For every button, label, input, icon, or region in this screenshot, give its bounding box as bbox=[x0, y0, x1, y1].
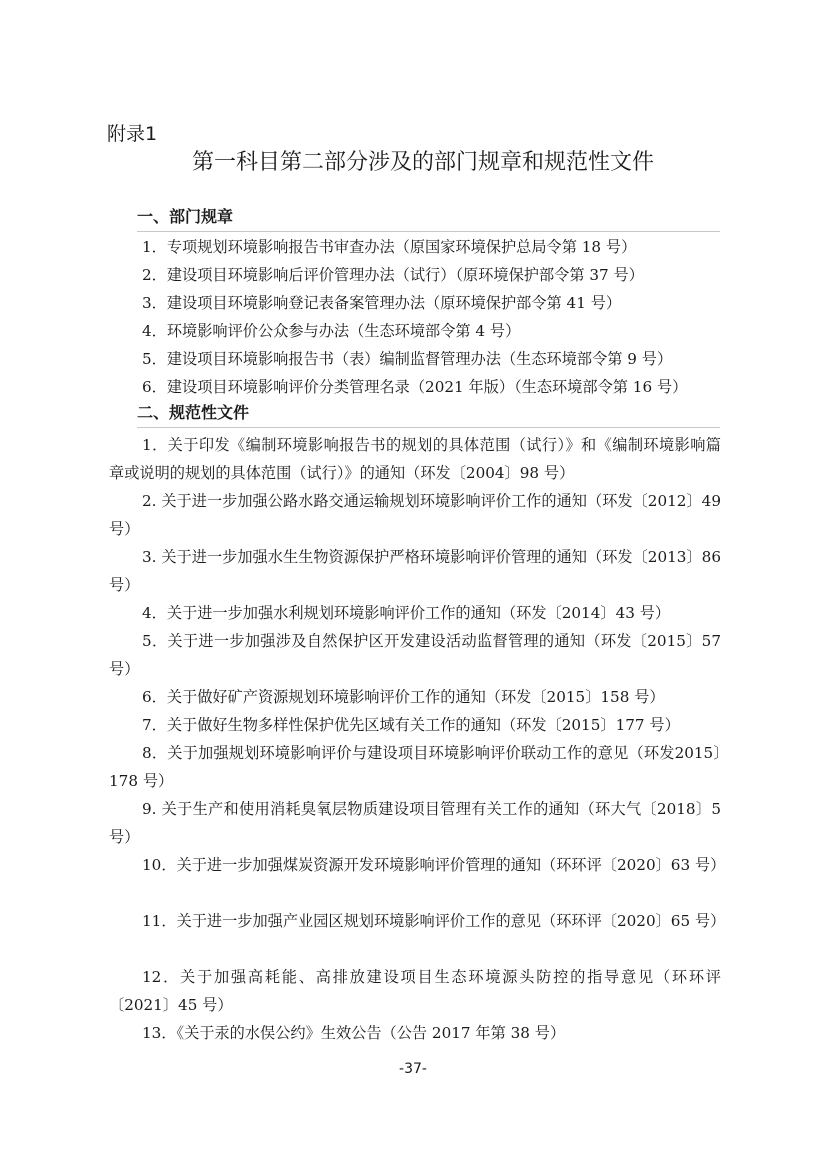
list-item: 2. 关于进一步加强公路水路交通运输规划环境影响评价工作的通知（环发〔2012〕… bbox=[109, 487, 721, 544]
list-item: 6．关于做好矿产资源规划环境影响评价工作的通知（环发〔2015〕158 号） bbox=[109, 683, 721, 711]
list-item: 5．建设项目环境影响报告书（表）编制监督管理办法（生态环境部令第 9 号） bbox=[142, 348, 672, 370]
list-item: 10．关于进一步加强煤炭资源开发环境影响评价管理的通知（环环评〔2020〕63 … bbox=[109, 851, 721, 879]
list-item: 3．建设项目环境影响登记表备案管理办法（原环境保护部令第 41 号） bbox=[142, 292, 621, 314]
list-item: 3. 关于进一步加强水生生物资源保护严格环境影响评价管理的通知（环发〔2013〕… bbox=[109, 543, 721, 600]
list-item: 1．关于印发《编制环境影响报告书的规划的具体范围（试行）》和《编制环境影响篇章或… bbox=[109, 431, 721, 488]
list-item: 11．关于进一步加强产业园区规划环境影响评价工作的意见（环环评〔2020〕65 … bbox=[109, 907, 721, 935]
list-item: 13．《关于汞的水俣公约》生效公告（公告 2017 年第 38 号） bbox=[109, 1019, 721, 1047]
list-item: 1．专项规划环境影响报告书审查办法（原国家环境保护总局令第 18 号） bbox=[142, 236, 636, 258]
list-item: 8．关于加强规划环境影响评价与建设项目环境影响评价联动工作的意见（环发2015〕… bbox=[109, 739, 721, 796]
list-item: 4．关于进一步加强水利规划环境影响评价工作的通知（环发〔2014〕43 号） bbox=[109, 599, 721, 627]
list-item: 7．关于做好生物多样性保护优先区域有关工作的通知（环发〔2015〕177 号） bbox=[109, 711, 721, 739]
section-heading-regulations: 一、部门规章 bbox=[137, 206, 720, 232]
appendix-label: 附录1 bbox=[107, 121, 157, 147]
list-item: 4．环境影响评价公众参与办法（生态环境部令第 4 号） bbox=[142, 320, 520, 342]
list-item: 2．建设项目环境影响后评价管理办法（试行）（原环境保护部令第 37 号） bbox=[142, 264, 644, 286]
list-item: 12．关于加强高耗能、高排放建设项目生态环境源头防控的指导意见（环环评〔2021… bbox=[109, 963, 721, 1020]
section-heading-normative-documents: 二、规范性文件 bbox=[137, 402, 720, 428]
list-item: 5．关于进一步加强涉及自然保护区开发建设活动监督管理的通知（环发〔2015〕57… bbox=[109, 627, 721, 684]
document-page: 附录1 第一科目第二部分涉及的部门规章和规范性文件 一、部门规章 1．专项规划环… bbox=[0, 0, 826, 1169]
list-item: 6．建设项目环境影响评价分类管理名录（2021 年版）（生态环境部令第 16 号… bbox=[142, 376, 687, 398]
page-title: 第一科目第二部分涉及的部门规章和规范性文件 bbox=[0, 148, 826, 178]
page-number: -37- bbox=[0, 1061, 826, 1077]
list-item: 9. 关于生产和使用消耗臭氧层物质建设项目管理有关工作的通知（环大气〔2018〕… bbox=[109, 795, 721, 852]
